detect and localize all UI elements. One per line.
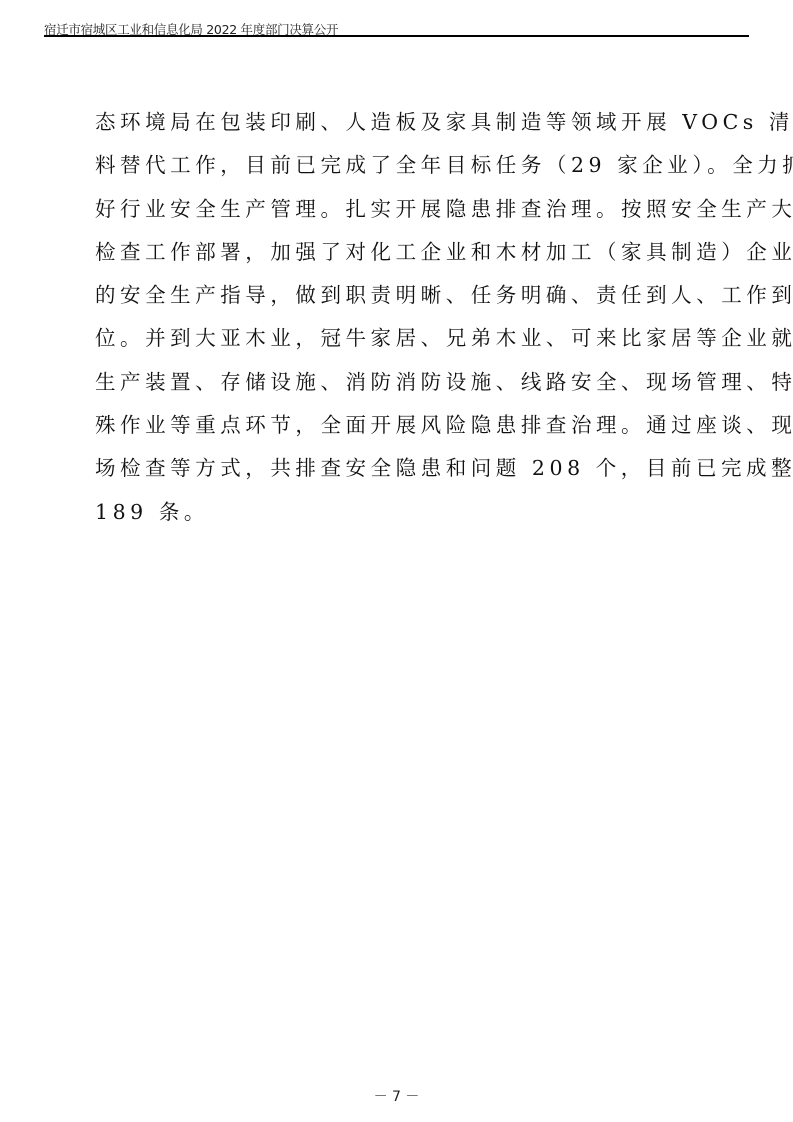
body-line: 位。并到大亚木业，冠牛家居、兄弟木业、可来比家居等企业就 xyxy=(95,317,705,360)
body-line: 检查工作部署，加强了对化工企业和木材加工（家具制造）企业 xyxy=(95,231,705,274)
body-line: 生产装置、存储设施、消防消防设施、线路安全、现场管理、特 xyxy=(95,361,705,404)
body-paragraph: 态环境局在包装印刷、人造板及家具制造等领域开展 VOCs 清洁原 料替代工作，目… xyxy=(95,101,705,534)
body-line: 料替代工作，目前已完成了全年目标任务（29 家企业）。全力抓 xyxy=(95,144,705,187)
body-line: 态环境局在包装印刷、人造板及家具制造等领域开展 VOCs 清洁原 xyxy=(95,101,705,144)
body-line: 189 条。 xyxy=(95,491,705,534)
body-line: 的安全生产指导，做到职责明晰、任务明确、责任到人、工作到 xyxy=(95,274,705,317)
body-line: 好行业安全生产管理。扎实开展隐患排查治理。按照安全生产大 xyxy=(95,188,705,231)
body-line: 殊作业等重点环节，全面开展风险隐患排查治理。通过座谈、现 xyxy=(95,404,705,447)
page-number: － 7 － xyxy=(0,1086,793,1106)
body-line: 场检查等方式，共排查安全隐患和问题 208 个，目前已完成整改 xyxy=(95,447,705,490)
header-divider xyxy=(44,35,749,37)
